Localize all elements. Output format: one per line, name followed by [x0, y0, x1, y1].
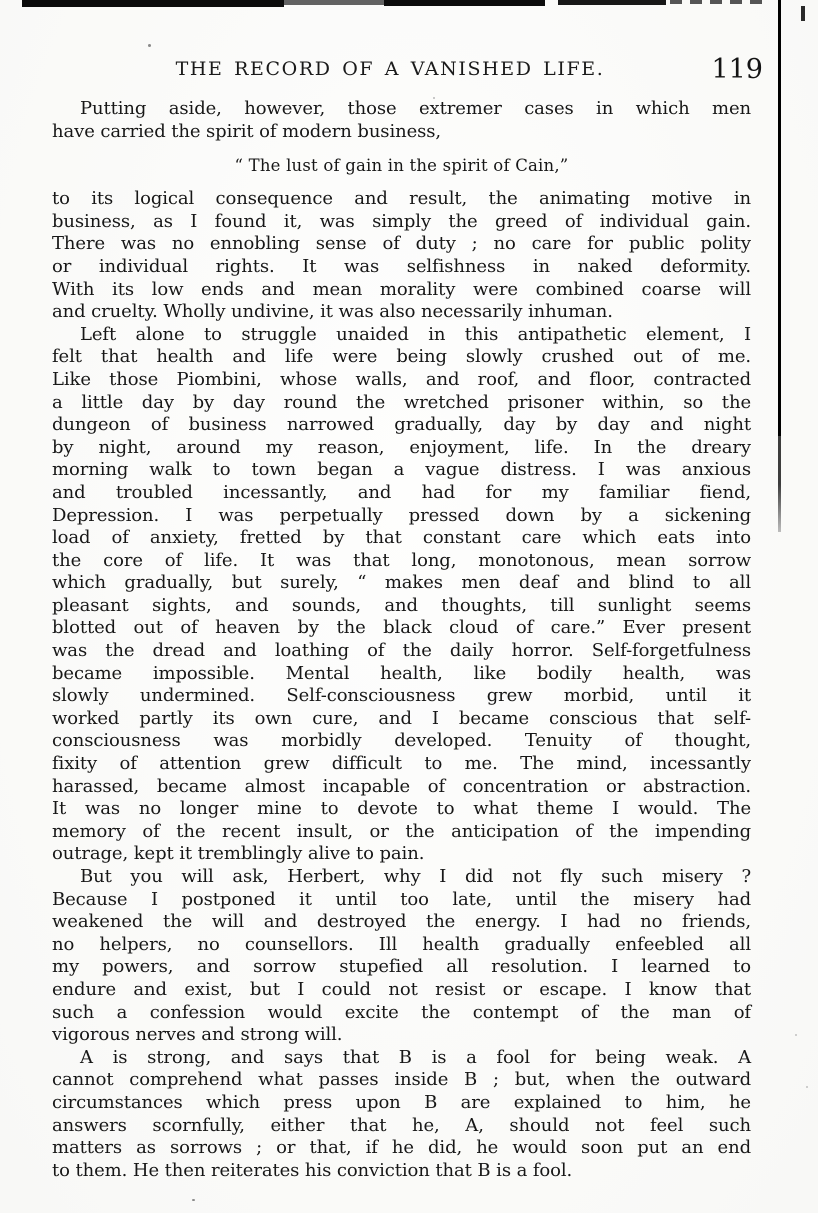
text-line: vigorous nerves and strong will. [52, 1024, 751, 1047]
text-line: to them. He then reiterates his convicti… [52, 1160, 751, 1183]
text-line: matters as sorrows ; or that, if he did,… [52, 1137, 751, 1160]
paragraph-4: But you will ask, Herbert, why I did not… [52, 866, 751, 1047]
text-line: and cruelty. Wholly undivine, it was als… [52, 301, 751, 324]
text-line: worked partly its own cure, and I became… [52, 708, 751, 731]
scan-speck [795, 1034, 797, 1036]
text-line: memory of the recent insult, or the anti… [52, 821, 751, 844]
text-line: harassed, became almost incapable of con… [52, 776, 751, 799]
text-line: A is strong, and says that B is a fool f… [52, 1047, 751, 1070]
paragraph-3: Left alone to struggle unaided in this a… [52, 324, 751, 866]
text-line: weakened the will and destroyed the ener… [52, 911, 751, 934]
text-line: But you will ask, Herbert, why I did not… [52, 866, 751, 889]
text-line: outrage, kept it tremblingly alive to pa… [52, 843, 751, 866]
text-line: to its logical consequence and result, t… [52, 188, 751, 211]
text-line: There was no ennobling sense of duty ; n… [52, 233, 751, 256]
text-line: by night, around my reason, enjoyment, l… [52, 437, 751, 460]
text-line: dungeon of business narrowed gradually, … [52, 414, 751, 437]
text-line: Depression. I was perpetually pressed do… [52, 505, 751, 528]
text-line: was the dread and loathing of the daily … [52, 640, 751, 663]
verse-quote: “ The lust of gain in the spirit of Cain… [52, 155, 751, 177]
paragraph-1: Putting aside, however, those extremer c… [52, 98, 751, 143]
text-line: business, as I found it, was simply the … [52, 211, 751, 234]
text-line: Putting aside, however, those extremer c… [52, 98, 751, 121]
text-line: felt that health and life were being slo… [52, 346, 751, 369]
text-line: or individual rights. It was selfishness… [52, 256, 751, 279]
text-line: which gradually, but surely, “ makes men… [52, 572, 751, 595]
text-line: Like those Piombini, whose walls, and ro… [52, 369, 751, 392]
text-line: no helpers, no counsellors. Ill health g… [52, 934, 751, 957]
text-line: became impossible. Mental health, like b… [52, 663, 751, 686]
paragraph-5: A is strong, and says that B is a fool f… [52, 1047, 751, 1183]
scan-speck [806, 1086, 808, 1088]
text-line: blotted out of heaven by the black cloud… [52, 617, 751, 640]
text-line: such a confession would excite the conte… [52, 1002, 751, 1025]
text-line: Left alone to struggle unaided in this a… [52, 324, 751, 347]
text-line: answers scornfully, either that he, A, s… [52, 1115, 751, 1138]
text-line: circumstances which press upon B are exp… [52, 1092, 751, 1115]
paragraph-2: to its logical consequence and result, t… [52, 188, 751, 324]
text-line: my powers, and sorrow stupefied all reso… [52, 956, 751, 979]
text-line: fixity of attention grew difficult to me… [52, 753, 751, 776]
running-header: THE RECORD OF A VANISHED LIFE. 119 [0, 0, 818, 90]
text-line: load of anxiety, fretted by that constan… [52, 527, 751, 550]
text-line: slowly undermined. Self-consciousness gr… [52, 685, 751, 708]
text-line: and troubled incessantly, and had for my… [52, 482, 751, 505]
text-line: a little day by day round the wretched p… [52, 392, 751, 415]
text-line: morning walk to town began a vague distr… [52, 459, 751, 482]
text-line: It was no longer mine to devote to what … [52, 798, 751, 821]
page-body: Putting aside, however, those extremer c… [52, 98, 751, 1182]
text-line: cannot comprehend what passes inside B ;… [52, 1069, 751, 1092]
page-number: 119 [711, 56, 763, 83]
text-line: the core of life. It was that long, mono… [52, 550, 751, 573]
text-line: With its low ends and mean morality were… [52, 279, 751, 302]
text-line: have carried the spirit of modern busine… [52, 121, 751, 144]
scan-speck [192, 1199, 195, 1201]
page-title: THE RECORD OF A VANISHED LIFE. [176, 60, 605, 79]
text-line: Because I postponed it until too late, u… [52, 889, 751, 912]
text-line: endure and exist, but I could not resist… [52, 979, 751, 1002]
text-line: consciousness was morbidly developed. Te… [52, 730, 751, 753]
book-page: THE RECORD OF A VANISHED LIFE. 119 Putti… [0, 0, 818, 1213]
text-line: pleasant sights, and sounds, and thought… [52, 595, 751, 618]
